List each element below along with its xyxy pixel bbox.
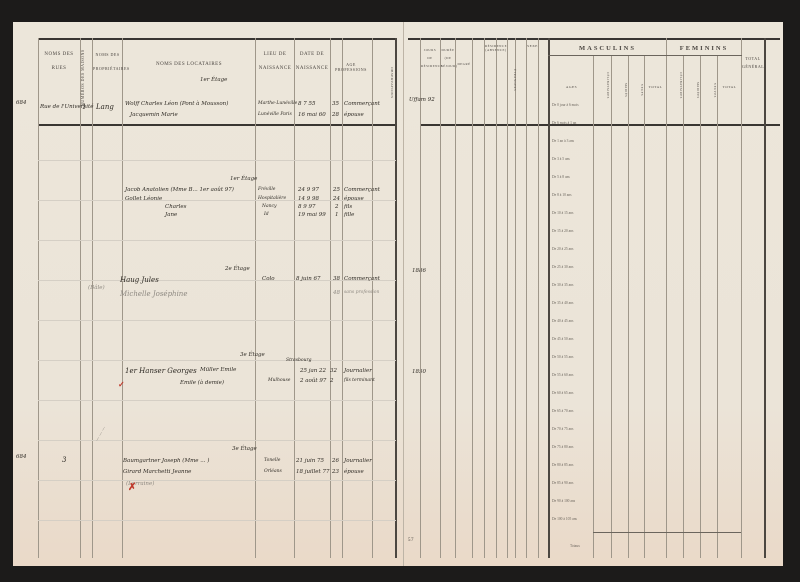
entry-3-right-note: 1886 (412, 268, 426, 274)
header-proprietaires: NOMS des PROPRIÉTAIRES (93, 48, 122, 76)
entry-4-birthdate: 2 août 97 (300, 378, 326, 384)
entry-1-margin: 684 (16, 100, 27, 106)
header-masculins: MASCULINS (550, 45, 665, 52)
entry-3-profession: sans profession (344, 290, 379, 295)
header-sexe: SEXE (527, 44, 538, 48)
subheader-veuves: Veuves (701, 75, 717, 105)
age-range-label: De 10 à 15 ans (552, 211, 573, 215)
subheader-maries: Mariés (612, 75, 628, 105)
col-line (538, 38, 539, 558)
age-range-label: De 55 à 60 ans (552, 373, 573, 377)
subheader-veufs: Veufs (629, 75, 644, 105)
entry-5-margin: 684 (16, 454, 27, 460)
age-range-label: De 30 à 35 ans (552, 283, 573, 287)
row-rule (38, 440, 396, 441)
check-mark-icon: ✓ (118, 380, 125, 389)
col-line (593, 55, 594, 558)
entry-1-birthdate: 16 mai 60 (298, 112, 326, 118)
row-rule (38, 520, 396, 521)
header-total-general: TOTAL GÉNÉRAL (742, 55, 764, 71)
group-header-rule (548, 55, 742, 56)
entry-2-profession: fille (344, 212, 354, 218)
entry-2-tenant-line: Charles (165, 204, 187, 210)
entry-5-birthdate: 21 juin 75 (296, 458, 324, 464)
row-rule (38, 200, 396, 201)
age-range-label: De 75 à 80 ans (552, 445, 573, 449)
entry-1-tenant-line: Wolff Charles Léon (Pont à Mousson) (125, 101, 228, 107)
header-bottom-rule-right (420, 124, 780, 126)
header-observations: OBSERVATIONS (372, 45, 394, 120)
age-range-label: De 0 jour à 6 mois (552, 103, 579, 107)
entry-1-age: 35 (332, 101, 339, 107)
col-line (472, 38, 473, 558)
entry-2-birthplace: Hospitalière (258, 196, 286, 201)
entry-1-birthdate: 8 7 55 (298, 101, 316, 107)
entry-4-profession: Journalier (344, 368, 372, 374)
entry-2-profession: Commerçant (344, 187, 380, 193)
row-rule (38, 480, 396, 481)
entry-3-birthdate: 8 juin 67 (296, 276, 321, 282)
entry-5-birthdate: 18 juillet 77 (296, 469, 329, 475)
entry-2-floor-note: 1er Étage (230, 176, 257, 182)
age-range-label: De 90 à 100 ans (552, 499, 575, 503)
age-range-label: De 15 à 20 ans (552, 229, 573, 233)
entry-2-tenant-line: Jane (165, 212, 177, 218)
entry-2-tenant-line: Jacob Anatolien (Mme B... 1er août 97) (125, 187, 234, 193)
entry-3-age: 38 (333, 276, 340, 282)
entry-4-birthplace: Strasbourg (286, 358, 312, 363)
totals-rule (593, 532, 741, 533)
entry-4-birthplace: Mulhouse (268, 378, 290, 383)
entry-5-age: 23 (332, 469, 339, 475)
subheader-total-m: TOTAL (645, 85, 666, 89)
header-feminins: FEMININS (667, 45, 741, 52)
entry-4-floor-note: 3e Étage (240, 352, 265, 358)
entry-4-tenant-line: 1er Hanser Georges (125, 367, 197, 375)
row-rule (38, 280, 396, 281)
entry-5-birthplace: Orléans (264, 469, 282, 474)
entry-2-birthplace: Fréville (258, 187, 275, 192)
subheader-celibataires-f: Célibataires (667, 65, 683, 105)
age-range-label: De 20 à 25 ans (552, 247, 573, 251)
entry-5-profession: épouse (344, 469, 364, 475)
age-range-label: De 35 à 40 ans (552, 301, 573, 305)
col-line (548, 38, 550, 558)
col-line (507, 38, 508, 558)
header-observations-right: RÉSIDENCE (absence) (484, 44, 508, 52)
entry-1-profession: épouse (344, 112, 364, 118)
entry-5-number: 3 (62, 456, 66, 464)
first-row-note: Uffam 92 (409, 97, 435, 103)
col-line (764, 38, 766, 558)
entry-3-floor-note: 2e Étage (225, 266, 250, 272)
age-range-label: De 1 an à 3 ans (552, 139, 574, 143)
entry-5-tenant-line: Girard Marchetti Jeanne (123, 469, 191, 475)
age-range-label: De 25 à 30 ans (552, 265, 573, 269)
entry-3-profession: Commerçant (344, 276, 380, 282)
entry-5-birthplace: Tonelle (264, 458, 280, 463)
entry-2-birthdate: 19 mai 99 (298, 212, 326, 218)
entry-4-age: 2 (330, 378, 334, 384)
entry-4-age: 32 (330, 368, 337, 374)
col-line (496, 38, 497, 558)
header-duree: DURÉE (de séjour) (441, 46, 455, 70)
header-jours-residence: JOURS de RÉSIDENCE (421, 46, 439, 70)
age-range-label: De 40 à 45 ans (552, 319, 573, 323)
subheader-total-f: TOTAL (718, 85, 741, 89)
entry-4-tenant-line: Emile (à demie) (180, 380, 224, 386)
header-age-professions: AGE PROFESSIONS (330, 62, 372, 72)
col-line (440, 38, 441, 558)
entry-3-birthplace: Colo (262, 276, 275, 282)
col-line (515, 38, 516, 558)
header-locataires: NOMS DES LOCATAIRES (125, 62, 253, 67)
entry-1-number: 1 (82, 103, 86, 111)
col-line (644, 55, 645, 558)
row-rule (38, 240, 396, 241)
age-range-label: De 70 à 75 ans (552, 427, 573, 431)
entry-2-age: 25 (333, 187, 340, 193)
age-range-label: De 8 à 10 ans (552, 193, 572, 197)
entry-3-tenant-line: Michelle Joséphine (120, 290, 187, 298)
row-rule (38, 320, 396, 321)
entry-3-margin: (Bâle) (88, 285, 105, 291)
header-numeros: NUMÉROS des MAISONS (80, 48, 92, 108)
header-lieu: LIEU de NAISSANCE (257, 48, 293, 76)
header-date: DATE de NAISSANCE (295, 48, 329, 76)
header-etrangers: ÉTRANGERS (509, 50, 517, 110)
entry-3-tenant-line: Haug Jules (120, 276, 159, 284)
col-line (455, 38, 456, 558)
entry-1-profession: Commerçant (344, 101, 380, 107)
floor-header-note: 1er Étage (200, 77, 227, 83)
entry-2-birthdate: 14 9 98 (298, 196, 319, 202)
entry-2-age: 1 (335, 212, 339, 218)
age-range-label: De 3 à 5 ans (552, 157, 570, 161)
entry-5-age: 26 (332, 458, 339, 464)
entry-2-age: 2 (335, 204, 339, 210)
entry-4-birthdate: 25 jan 22 (300, 368, 326, 374)
age-range-label: De 100 à 105 ans (552, 517, 577, 521)
entry-1-owner: Lang (96, 103, 114, 111)
entry-1-birthplace: Lunéville Paris (258, 112, 292, 117)
age-range-label: De 60 à 65 ans (552, 391, 573, 395)
col-line (611, 55, 612, 558)
row-rule (38, 360, 396, 361)
entry-2-birthplace: Id (264, 212, 269, 217)
entry-1-age: 28 (332, 112, 339, 118)
col-line (420, 38, 421, 558)
col-line (717, 55, 718, 558)
age-range-label: De 65 à 70 ans (552, 409, 573, 413)
subheader-ages: AGES (550, 85, 593, 89)
entry-5-tenant-line: Baumgartner Joseph (Mme ... ) (123, 458, 209, 464)
entry-2-age: 24 (333, 196, 340, 202)
subheader-mariees: Mariées (684, 75, 700, 105)
age-range-label: De 45 à 50 ans (552, 337, 573, 341)
row-rule (38, 160, 396, 161)
page-number: 57 (408, 538, 414, 543)
age-range-label: De 50 à 55 ans (552, 355, 573, 359)
entry-2-profession: épouse (344, 196, 364, 202)
col-line (628, 55, 629, 558)
entry-2-birthdate: 8 9 97 (298, 204, 316, 210)
col-line (526, 38, 527, 558)
col-line (741, 38, 742, 558)
cross-mark-icon: ✗ (128, 482, 136, 493)
entry-2-tenant-line: Gollet Léonie (125, 196, 162, 202)
subheader-celibataires-m: Célibataires (594, 65, 610, 105)
col-line (666, 38, 667, 558)
entry-1-tenant-line: Jacquemin Marie (130, 112, 178, 118)
col-line (683, 55, 684, 558)
age-range-label: De 85 à 90 ans (552, 481, 573, 485)
age-range-label: De 5 à 8 ans (552, 175, 570, 179)
top-rule-right (408, 38, 780, 40)
entry-5-floor-note: 3e Étage (232, 446, 257, 452)
col-line (700, 55, 701, 558)
entry-2-birthdate: 24 9 97 (298, 187, 319, 193)
entry-4-tenant-line: Müller Emile (200, 367, 236, 373)
row-rule (38, 400, 396, 401)
entry-4-profession: fils terminant (344, 378, 375, 383)
header-degre: DEGRÉ (456, 62, 472, 66)
entry-5-profession: Journalier (344, 458, 372, 464)
col-line (484, 38, 485, 558)
age-range-label: De 6 mois à 1 an (552, 121, 576, 125)
header-noms-rues: NOMS des RUES (40, 48, 78, 76)
entry-4-right-note: 1850 (412, 369, 426, 375)
entry-3-age: 48 (333, 290, 340, 296)
age-range-label: De 80 à 85 ans (552, 463, 573, 467)
totals-label: Totaux (570, 544, 580, 548)
entry-2-birthplace: Nancy (262, 204, 277, 209)
entry-2-profession: fils (344, 204, 352, 210)
entry-1-birthplace: Marthe-Lunéville (258, 101, 297, 106)
